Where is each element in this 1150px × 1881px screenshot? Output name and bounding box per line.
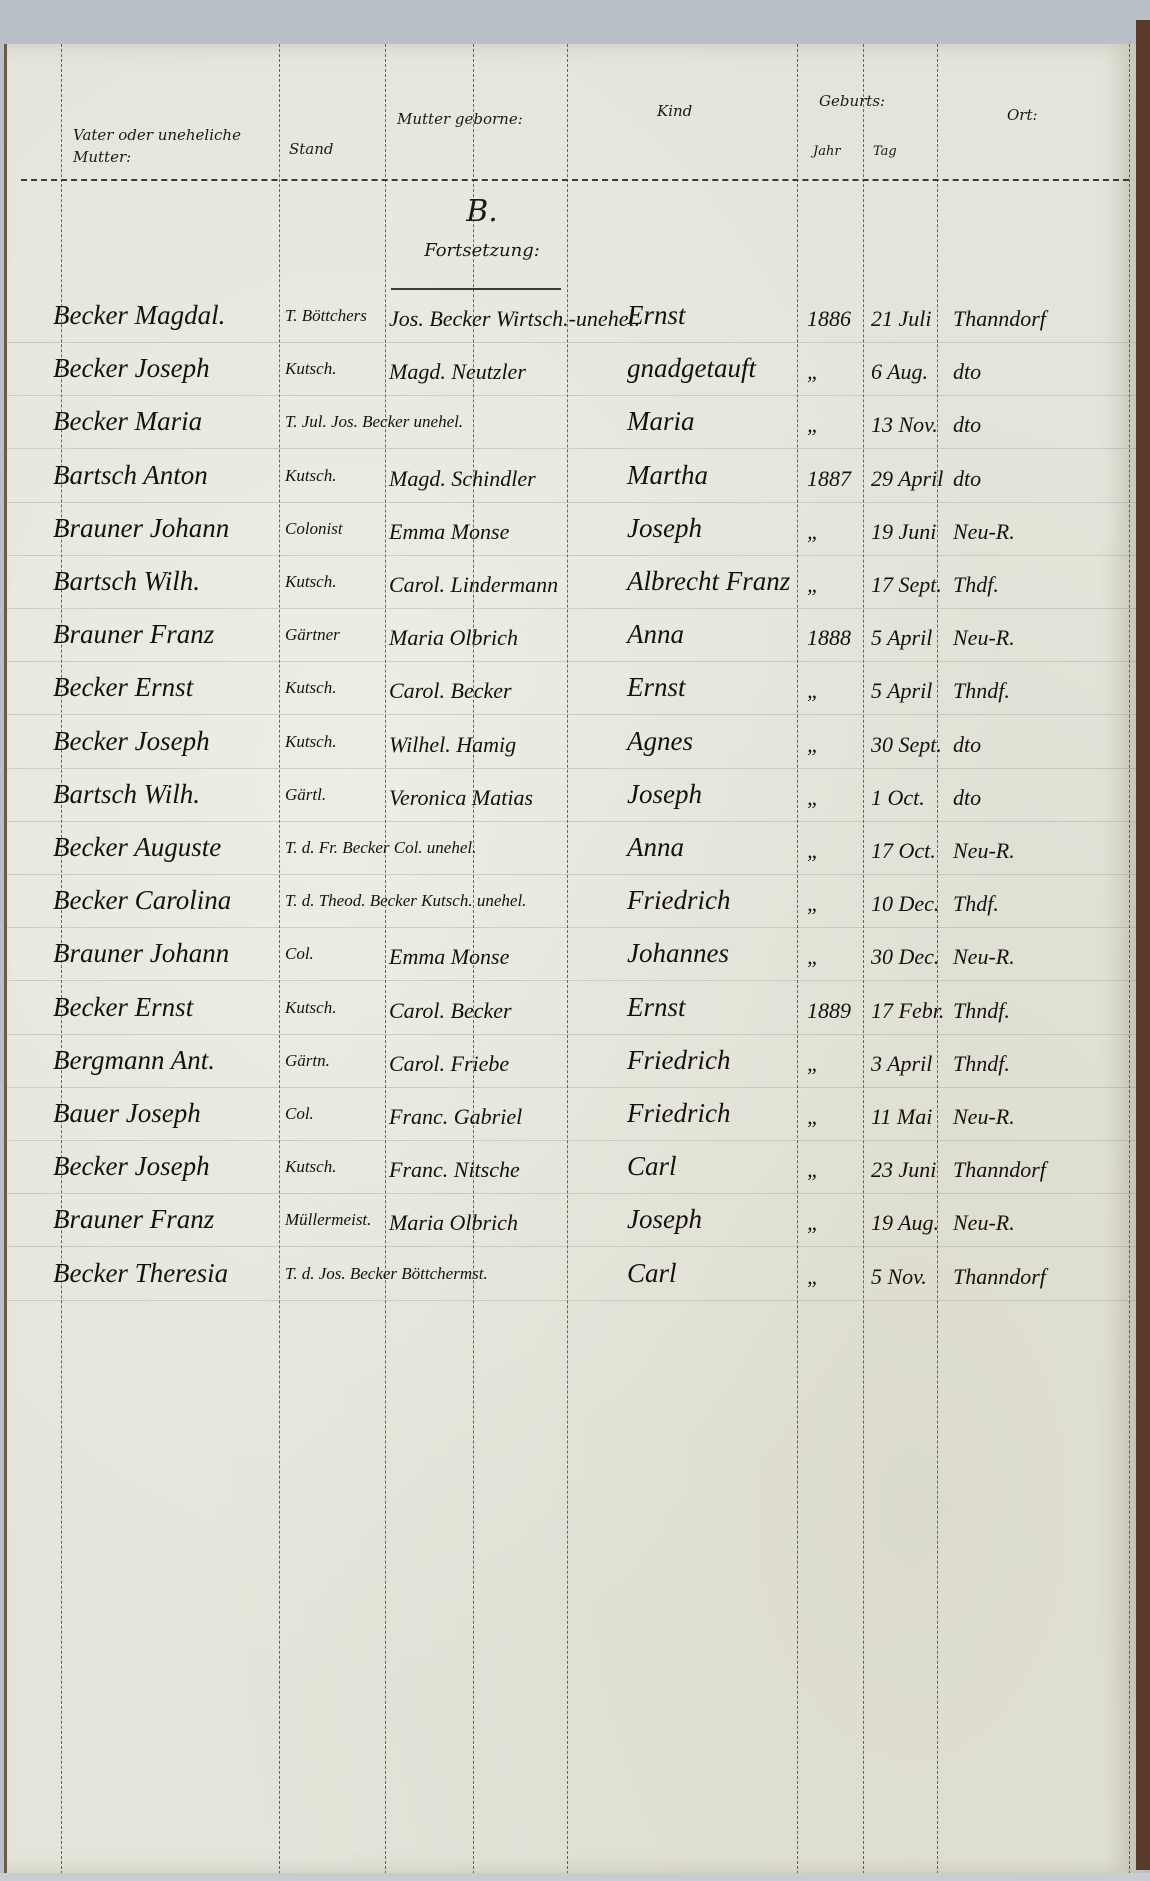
cell-occupation: Col. <box>285 944 314 964</box>
cell-year: „ <box>807 1051 819 1077</box>
cell-mother: Magd. Schindler <box>389 466 536 492</box>
cell-child: Ernst <box>627 992 686 1023</box>
row-rule <box>7 661 1139 662</box>
cell-occupation: Gärtl. <box>285 785 326 805</box>
row-rule <box>7 821 1139 822</box>
cell-occupation: T. d. Theod. Becker Kutsch. unehel. <box>285 891 526 911</box>
row-rule <box>7 874 1139 875</box>
cell-year: 1887 <box>807 466 851 492</box>
cell-child: Maria <box>627 406 695 437</box>
header-divider <box>21 179 1129 181</box>
cell-father: Bartsch Anton <box>53 460 208 491</box>
cell-year: „ <box>807 838 819 864</box>
cell-day: 30 Dec. <box>871 944 939 970</box>
header-father: Vater oder uneheliche Mutter: <box>73 124 273 168</box>
cell-child: Johannes <box>627 938 729 969</box>
header-year: Jahr <box>813 144 841 159</box>
row-rule <box>7 342 1139 343</box>
cell-day: 6 Aug. <box>871 359 928 385</box>
cell-day: 3 April <box>871 1051 932 1077</box>
cell-father: Becker Ernst <box>53 672 193 703</box>
cell-year: „ <box>807 785 819 811</box>
cell-occupation: Gärtn. <box>285 1051 330 1071</box>
cell-child: Friedrich <box>627 885 730 916</box>
cell-day: 19 Aug. <box>871 1210 939 1236</box>
header-place: Ort: <box>1007 106 1038 124</box>
row-rule <box>7 1087 1139 1088</box>
cell-place: Neu-R. <box>953 838 1015 864</box>
book-cover-edge <box>1136 20 1150 1870</box>
cell-father: Becker Auguste <box>53 832 221 863</box>
cell-year: „ <box>807 519 819 545</box>
cell-mother: Carol. Lindermann <box>389 572 558 598</box>
cell-child: Agnes <box>627 726 693 757</box>
cell-child: Anna <box>627 832 684 863</box>
cell-occupation: T. Böttchers <box>285 306 367 326</box>
cell-day: 17 Oct. <box>871 838 936 864</box>
cell-place: Neu-R. <box>953 944 1015 970</box>
row-rule <box>7 608 1139 609</box>
cell-child: Joseph <box>627 1204 702 1235</box>
cell-place: Thanndorf <box>953 1264 1046 1290</box>
cell-child: Joseph <box>627 779 702 810</box>
cell-mother: Jos. Becker Wirtsch.-unehel. <box>389 306 640 332</box>
row-rule <box>7 1300 1139 1301</box>
cell-father: Bartsch Wilh. <box>53 779 200 810</box>
row-rule <box>7 502 1139 503</box>
cell-day: 11 Mai <box>871 1104 932 1130</box>
row-rule <box>7 1246 1139 1247</box>
cell-child: Friedrich <box>627 1045 730 1076</box>
cell-occupation: Kutsch. <box>285 572 336 592</box>
cell-mother: Veronica Matias <box>389 785 533 811</box>
cell-place: Neu-R. <box>953 519 1015 545</box>
cell-day: 17 Febr. <box>871 998 944 1024</box>
cell-father: Brauner Johann <box>53 513 229 544</box>
cell-place: Thanndorf <box>953 1157 1046 1183</box>
cell-father: Becker Carolina <box>53 885 231 916</box>
cell-father: Bartsch Wilh. <box>53 566 200 597</box>
row-rule <box>7 768 1139 769</box>
cell-day: 5 April <box>871 678 932 704</box>
cell-day: 23 Juni <box>871 1157 936 1183</box>
cell-year: „ <box>807 359 819 385</box>
cell-mother: Carol. Friebe <box>389 1051 509 1077</box>
cell-child: Ernst <box>627 672 686 703</box>
cell-place: dto <box>953 412 981 438</box>
cell-mother: Franc. Nitsche <box>389 1157 520 1183</box>
cell-place: Thdf. <box>953 572 999 598</box>
cell-place: Neu-R. <box>953 1210 1015 1236</box>
cell-father: Becker Joseph <box>53 1151 210 1182</box>
cell-place: Thanndorf <box>953 306 1046 332</box>
cell-mother: Carol. Becker <box>389 678 512 704</box>
cell-father: Bergmann Ant. <box>53 1045 215 1076</box>
cell-year: 1888 <box>807 625 851 651</box>
cell-child: Friedrich <box>627 1098 730 1129</box>
row-rule <box>7 1193 1139 1194</box>
cell-place: Thndf. <box>953 998 1010 1024</box>
column-rule <box>797 44 798 1874</box>
column-rule <box>279 44 280 1874</box>
cell-occupation: Colonist <box>285 519 343 539</box>
cell-day: 29 April <box>871 466 943 492</box>
column-rule <box>863 44 864 1874</box>
row-rule <box>7 395 1139 396</box>
cell-child: gnadgetauft <box>627 353 756 384</box>
cell-mother: Maria Olbrich <box>389 625 518 651</box>
row-rule <box>7 1034 1139 1035</box>
cell-place: dto <box>953 785 981 811</box>
row-rule <box>7 980 1139 981</box>
cell-occupation: T. d. Jos. Becker Böttchermst. <box>285 1264 488 1284</box>
cell-father: Bauer Joseph <box>53 1098 201 1129</box>
cell-year: „ <box>807 1264 819 1290</box>
cell-place: Thndf. <box>953 678 1010 704</box>
section-underline <box>391 288 561 290</box>
cell-day: 30 Sept. <box>871 732 942 758</box>
cell-mother: Wilhel. Hamig <box>389 732 516 758</box>
cell-occupation: Kutsch. <box>285 466 336 486</box>
cell-child: Martha <box>627 460 708 491</box>
cell-year: „ <box>807 1210 819 1236</box>
cell-year: „ <box>807 732 819 758</box>
cell-year: „ <box>807 412 819 438</box>
cell-child: Anna <box>627 619 684 650</box>
cell-occupation: Kutsch. <box>285 1157 336 1177</box>
cell-day: 10 Dec. <box>871 891 939 917</box>
row-rule <box>7 448 1139 449</box>
cell-day: 19 Juni <box>871 519 936 545</box>
column-rule <box>1129 44 1130 1874</box>
cell-mother: Carol. Becker <box>389 998 512 1024</box>
cell-occupation: T. d. Fr. Becker Col. unehel. <box>285 838 476 858</box>
cell-mother: Franc. Gabriel <box>389 1104 522 1130</box>
cell-father: Becker Maria <box>53 406 202 437</box>
cell-mother: Maria Olbrich <box>389 1210 518 1236</box>
cell-mother: Magd. Neutzler <box>389 359 526 385</box>
cell-year: 1886 <box>807 306 851 332</box>
section-letter: B. <box>427 194 537 229</box>
column-rule <box>385 44 386 1874</box>
cell-occupation: Kutsch. <box>285 359 336 379</box>
cell-occupation: Kutsch. <box>285 678 336 698</box>
header-child: Kind <box>657 102 692 120</box>
cell-child: Carl <box>627 1258 677 1289</box>
cell-year: „ <box>807 1157 819 1183</box>
cell-day: 21 Juli <box>871 306 932 332</box>
cell-day: 13 Nov. <box>871 412 938 438</box>
cell-occupation: Gärtner <box>285 625 340 645</box>
cell-mother: Emma Monse <box>389 944 509 970</box>
row-rule <box>7 927 1139 928</box>
cell-occupation: Müllermeist. <box>285 1210 371 1230</box>
cell-place: Neu-R. <box>953 625 1015 651</box>
cell-place: dto <box>953 732 981 758</box>
cell-father: Becker Joseph <box>53 353 210 384</box>
cell-father: Becker Joseph <box>53 726 210 757</box>
cell-place: Neu-R. <box>953 1104 1015 1130</box>
cell-child: Ernst <box>627 300 686 331</box>
cell-father: Becker Theresia <box>53 1258 228 1289</box>
cell-child: Carl <box>627 1151 677 1182</box>
cell-child: Joseph <box>627 513 702 544</box>
cell-day: 1 Oct. <box>871 785 925 811</box>
header-occupation: Stand <box>289 140 334 158</box>
header-day: Tag <box>873 144 897 159</box>
cell-place: dto <box>953 359 981 385</box>
section-subtitle: Fortsetzung: <box>397 240 567 261</box>
cell-father: Becker Ernst <box>53 992 193 1023</box>
row-rule <box>7 714 1139 715</box>
cell-father: Brauner Franz <box>53 1204 214 1235</box>
cell-mother: Emma Monse <box>389 519 509 545</box>
register-page: Vater oder uneheliche Mutter: Stand Mutt… <box>4 44 1139 1874</box>
header-birth: Geburts: <box>819 92 885 110</box>
cell-occupation: Kutsch. <box>285 998 336 1018</box>
cell-child: Albrecht Franz <box>627 566 790 597</box>
cell-occupation: Kutsch. <box>285 732 336 752</box>
cell-year: „ <box>807 678 819 704</box>
cell-occupation: Col. <box>285 1104 314 1124</box>
background-surface <box>0 1873 1150 1881</box>
header-mother: Mutter geborne: <box>397 110 523 128</box>
row-rule <box>7 1140 1139 1141</box>
cell-year: „ <box>807 944 819 970</box>
cell-year: „ <box>807 891 819 917</box>
row-rule <box>7 555 1139 556</box>
cell-day: 5 Nov. <box>871 1264 927 1290</box>
cell-day: 5 April <box>871 625 932 651</box>
cell-father: Becker Magdal. <box>53 300 225 331</box>
cell-year: „ <box>807 1104 819 1130</box>
cell-place: Thndf. <box>953 1051 1010 1077</box>
cell-place: Thdf. <box>953 891 999 917</box>
cell-day: 17 Sept. <box>871 572 942 598</box>
cell-year: „ <box>807 572 819 598</box>
cell-father: Brauner Johann <box>53 938 229 969</box>
cell-place: dto <box>953 466 981 492</box>
cell-occupation: T. Jul. Jos. Becker unehel. <box>285 412 463 432</box>
cell-father: Brauner Franz <box>53 619 214 650</box>
cell-year: 1889 <box>807 998 851 1024</box>
